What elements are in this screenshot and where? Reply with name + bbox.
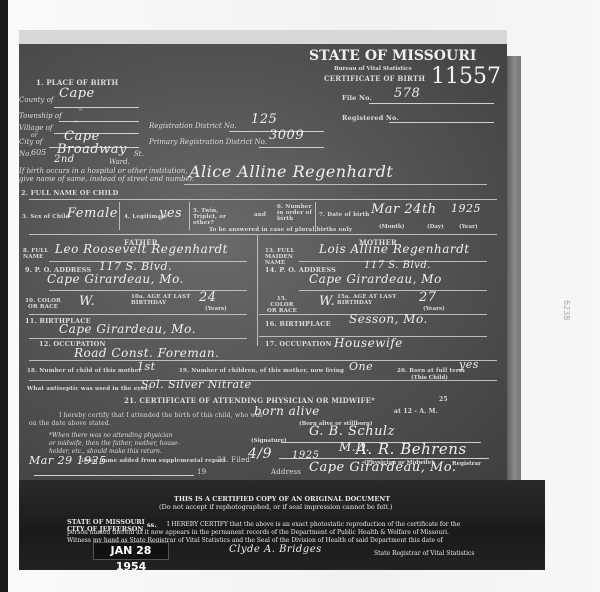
year-label: (Year) [459,224,478,230]
mother-occupation-label: 17. OCCUPATION [265,340,332,348]
mother-birthplace-value: Sesson, Mo. [349,312,428,326]
registered-no-label: Registered No. [342,114,399,122]
physician-heading: 21. CERTIFICATE OF ATTENDING PHYSICIAN O… [124,396,375,405]
legit-value: yes [159,206,182,221]
given-name-label: Given name added from supplemental repor… [79,458,226,464]
physician-address-label: Address [271,468,301,476]
certify-text-2: on the date above stated. [29,420,111,427]
twin-label: 5. Twin, Triplet, or other? [193,208,233,226]
certify-line-1: I HEREBY CERTIFY that the above is an ex… [167,521,460,528]
mother-address-2: Cape Girardeau, Mo [309,272,442,286]
antiseptic-value: Sol. Silver Nitrate [141,378,252,391]
and-label: and [254,212,266,218]
father-color-label: 10. COLOR OR RACE [25,298,61,310]
certification-strip: THIS IS A CERTIFIED COPY OF AN ORIGINAL … [19,480,545,570]
full-term-value: yes [459,358,479,371]
cert-title: CERTIFICATE OF BIRTH [324,74,425,83]
ss-label: ss. [147,521,157,529]
note-2: or midwife, then the father, mother, hou… [49,440,180,447]
village-label: Village of [19,124,52,132]
certified-copy-title: THIS IS A CERTIFIED COPY OF AN ORIGINAL … [174,495,390,503]
village-value: " [74,120,77,128]
note-1: *When there was no attending physician [49,432,173,439]
registrar-label: Registrar [452,461,481,467]
scanned-page: STATE OF MISSOURI Bureau of Vital Statis… [0,0,600,592]
ward-label: Ward. [109,158,130,166]
certificate-spine [507,56,521,496]
primary-reg-value: 3009 [269,128,304,143]
signer-title: State Registrar of Vital Statistics [374,550,475,557]
ward-value: 2nd [54,154,75,165]
no-label: No. [19,150,31,158]
hospital-note-1: If birth occurs in a hospital or other i… [19,167,188,175]
children-living-value: One [349,360,373,373]
child-name-value: Alice Alline Regenhardt [189,162,393,181]
signature-label: (Signature) [251,438,287,444]
mother-address-1: 117 S. Blvd. [364,260,431,271]
certify-line-2: person named therein as it now appears i… [67,529,449,536]
mother-color-value: W. [319,294,335,309]
father-name-label: 8. FULL NAME [23,248,49,260]
reg-district-label: Registration District No. [149,122,236,130]
mother-name-value: Lois Alline Regenhardt [319,242,470,256]
physician-address-value: Cape Girardeau, Mo. [309,460,457,475]
born-alive-value: born alive [254,404,320,418]
mother-name-label: 13. FULL MAIDEN NAME [265,248,295,266]
physician-signature: G. B. Schulz [309,424,395,439]
mother-color-label: 15. COLOR OR RACE [265,296,299,314]
filed-label: 23. Filed [217,456,250,464]
child-number-value: 1st [137,360,156,373]
file-no-value: 578 [394,86,420,101]
mother-age-label: 15a. AGE AT LAST BIRTHDAY [337,294,417,306]
day-label: (Day) [427,224,444,230]
father-birthplace-value: Cape Girardeau, Mo. [59,322,196,336]
sex-label: 3. Sex of Child [22,214,70,220]
scan-edge [0,0,8,592]
child-name-label: 2. FULL NAME OF CHILD [21,189,118,197]
month-label: (Month) [379,224,405,230]
bureau-label: Bureau of Vital Statistics [334,66,412,72]
mother-age-value: 27 [419,290,437,305]
st-label: St. [134,150,144,158]
county-label: County of [19,96,53,104]
filed-year: 1925 [292,450,319,461]
father-age-value: 24 [199,290,217,305]
township-value: " [79,108,82,116]
children-living-label: 19. Number of children, of this mother, … [179,368,344,374]
father-years-label: (Years) [205,306,227,312]
certified-copy-subtitle: (Do not accept if rephotographed, or if … [159,503,392,511]
father-address-2: Cape Girardeau, Mo. [47,272,184,286]
margin-pencil-note: 6238 [557,300,571,360]
plural-note: To be answered in case of plural births … [209,227,352,233]
birth-certificate: STATE OF MISSOURI Bureau of Vital Statis… [19,30,507,480]
city-label: City of [19,138,42,146]
antiseptic-label: What antiseptic was used in the eyes? [27,386,151,392]
reg-district-value: 125 [251,112,277,127]
county-value: Cape [59,86,95,101]
mother-occupation-value: Housewife [334,336,403,350]
cert-number: 11557 [431,64,501,89]
dob-year-value: 1925 [451,202,481,215]
registrar-state-signature: Clyde A. Bridges [229,544,322,555]
father-occupation-value: Road Const. Foreman. [74,346,219,360]
filed-date: 4/9 [248,446,272,462]
mother-birthplace-label: 16. BIRTHPLACE [265,320,331,328]
father-color-value: W. [79,294,95,309]
date-stamp: JAN 28 1954 [93,542,169,560]
file-no-label: File No. [342,94,372,102]
father-name-value: Leo Roosevelt Regenhardt [55,242,228,256]
order-label: 6. Number in order of birth [277,204,312,222]
nineteen-label: 19 [197,468,206,476]
time-minutes: 25 [439,396,448,403]
township-label: Township of [19,112,62,120]
dob-month-value: Mar 24th [371,202,437,217]
time-value: at 12 - A. M. [394,408,438,415]
sex-value: Female [67,206,118,221]
child-number-label: 18. Number of child of this mother [27,368,142,374]
street-number: 605 [31,148,46,157]
state-title: STATE OF MISSOURI [309,48,476,64]
full-term-label: 20. Born at full term [397,368,465,374]
primary-reg-label: Primary Registration District No. [149,138,267,146]
dob-label: 7. Date of birth [319,212,369,218]
registrar-signature: A. R. Behrens [356,440,467,458]
certify-text-1: I hereby certify that I attended the bir… [59,412,263,419]
hospital-note-2: give name of same, instead of street and… [19,175,195,183]
